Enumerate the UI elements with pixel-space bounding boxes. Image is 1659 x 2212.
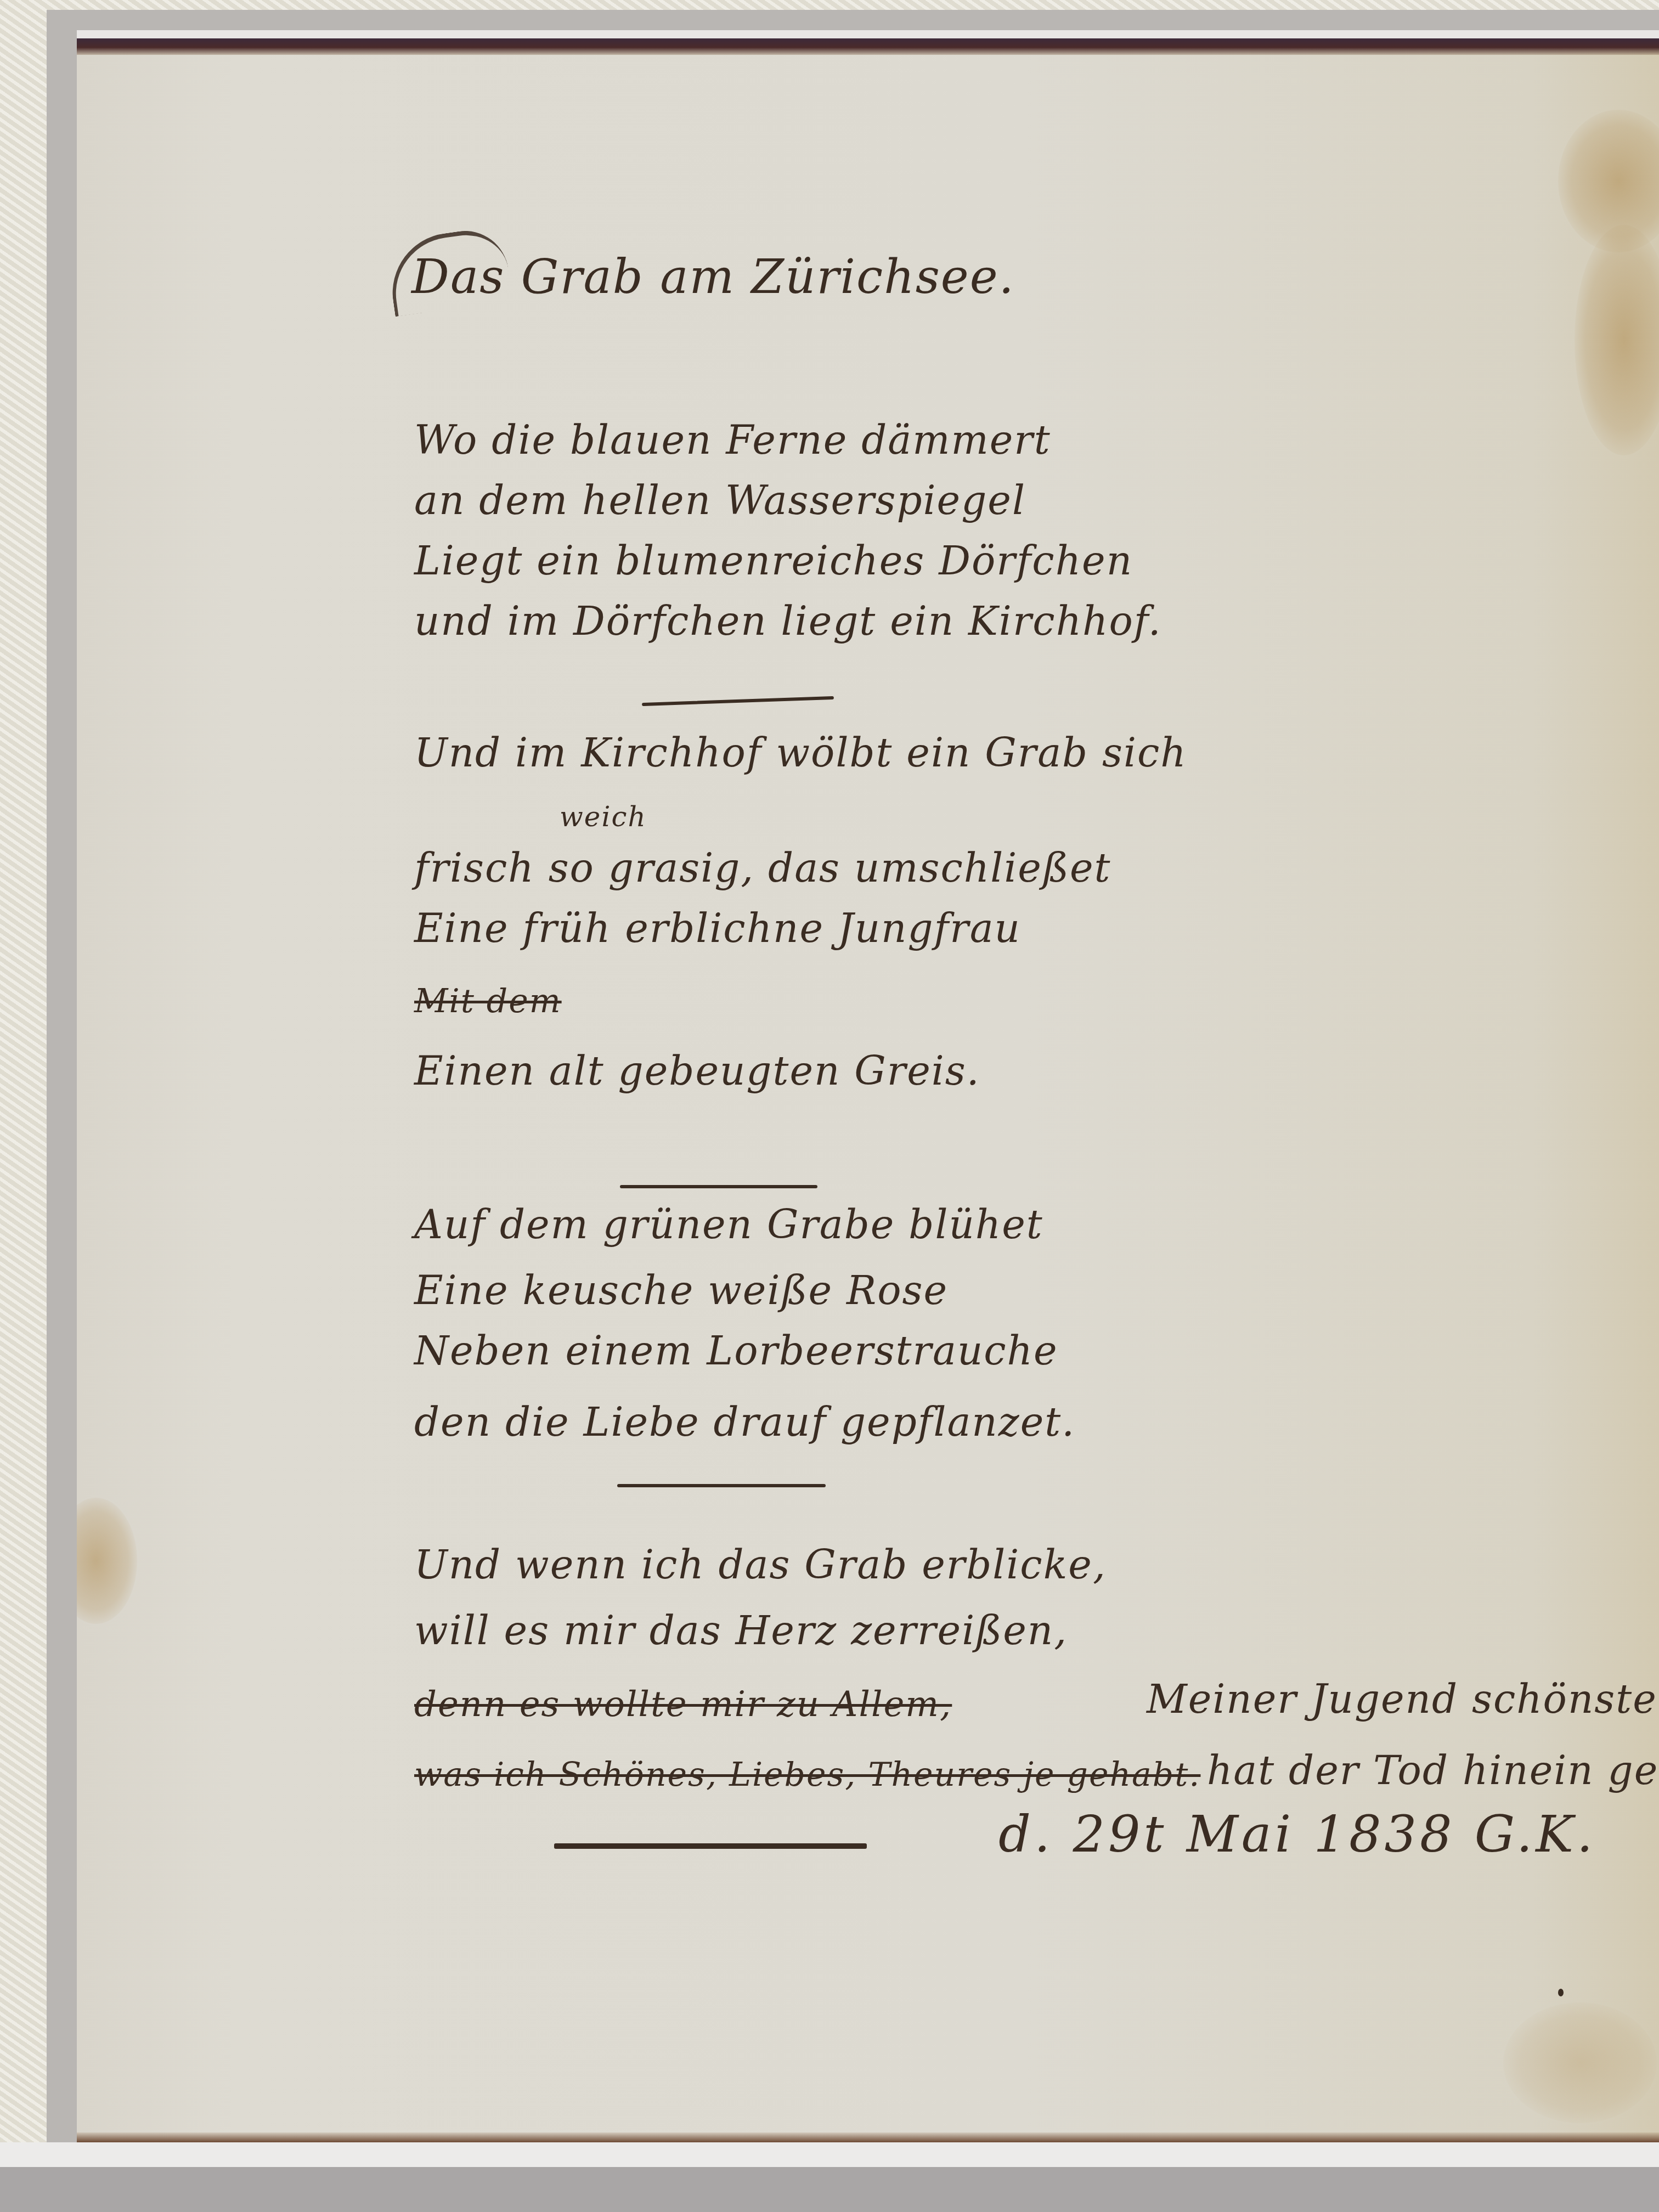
- frame-bottom-grey: [0, 2167, 1659, 2212]
- stanza-2-line-4-struck: Mit dem: [414, 982, 562, 1020]
- stanza-2-line-3: Eine früh erblichne Jungfrau: [414, 905, 1021, 951]
- manuscript-page: Das Grab am Zürichsee. Wo die blauen Fer…: [77, 38, 1659, 2142]
- stanza-1-line-3: Liegt ein blumenreiches Dörfchen: [414, 538, 1133, 584]
- paper-top-edge: [77, 38, 1659, 55]
- stanza-1-line-1: Wo die blauen Ferne dämmert: [414, 417, 1051, 463]
- margin-note-line-2: hat der Tod hinein gelegt: [1207, 1747, 1659, 1793]
- stanza-divider-2: [617, 1484, 826, 1487]
- stanza-2-line-1: Und im Kirchhof wölbt ein Grab sich: [414, 730, 1187, 776]
- closing-rule: [554, 1843, 867, 1849]
- stanza-3-line-4: den die Liebe drauf gepflanzet.: [414, 1399, 1075, 1445]
- stanza-3-line-1: Auf dem grünen Grabe blühet: [414, 1201, 1043, 1248]
- margin-note-line-1: Meiner Jugend schönste Hoffnung: [1147, 1676, 1659, 1722]
- stanza-divider-1: [620, 1185, 817, 1188]
- stanza-4-struck-line-1: denn es wollte mir zu Allem,: [414, 1684, 952, 1725]
- foxing-stain-right-mid: [1575, 225, 1659, 455]
- stanza-1-line-2: an dem hellen Wasserspiegel: [414, 477, 1026, 523]
- stanza-4-line-2: will es mir das Herz zerreißen,: [414, 1607, 1068, 1654]
- underline-mark: [642, 696, 834, 706]
- foxing-stain-left: [77, 1498, 137, 1624]
- stanza-3-line-2: Eine keusche weiße Rose: [414, 1267, 948, 1313]
- ink-dot: [1558, 1989, 1564, 1996]
- paper-bottom-edge: [77, 2132, 1659, 2142]
- frame-bottom-white: [0, 2142, 1659, 2167]
- foxing-stain-bottom-right: [1503, 2002, 1657, 2123]
- stanza-2-line-2: frisch so grasig, das umschließet: [414, 845, 1111, 891]
- interlinear-correction: weich: [560, 801, 647, 833]
- stanza-2-line-5: Einen alt gebeugten Greis.: [414, 1048, 980, 1094]
- stanza-1-line-4: und im Dörfchen liegt ein Kirchhof.: [414, 598, 1162, 644]
- stanza-4-struck-line-2: was ich Schönes, Liebes, Theures je geha…: [414, 1756, 1200, 1794]
- stanza-3-line-3: Neben einem Lorbeerstrauche: [414, 1328, 1058, 1374]
- stanza-4-line-1: Und wenn ich das Grab erblicke,: [414, 1542, 1107, 1588]
- poem-title: Das Grab am Zürichsee.: [411, 250, 1015, 304]
- date-signature: d. 29t Mai 1838 G.K.: [998, 1805, 1596, 1864]
